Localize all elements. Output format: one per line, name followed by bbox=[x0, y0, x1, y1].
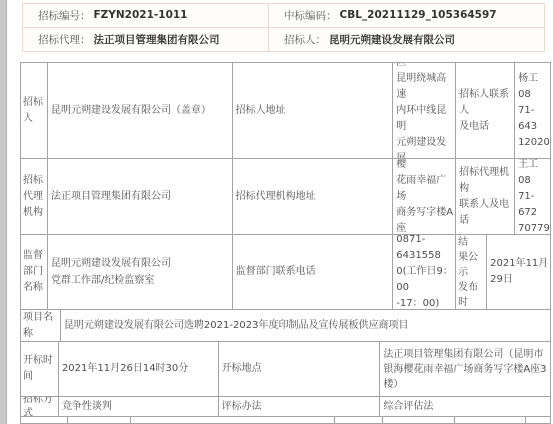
table-row-partial bbox=[21, 417, 551, 424]
agency-summary-value: 法正项目管理集团有限公司 bbox=[94, 32, 220, 47]
tenderee-contact-cell: 杨工08 71-643 12020 bbox=[515, 63, 551, 159]
agency-row-header: 招标 代理 机构 bbox=[21, 159, 48, 235]
project-name-cell: 昆明元朔建设发展有限公司选聘2021-2023年度印制品及宣传展板供应商项目 bbox=[61, 310, 551, 342]
partial-cell bbox=[383, 417, 455, 424]
agency-summary-cell: 招标代理： 法正项目管理集团有限公司 bbox=[23, 28, 268, 52]
supervision-row-header: 监督 部门 名称 bbox=[21, 235, 48, 310]
table-row-agency: 招标 代理 机构 法正项目管理集团有限公司 招标代理机构地址 昆明市银海樱 花雨… bbox=[21, 159, 551, 235]
table-row-supervision: 监督 部门 名称 昆明元朔建设发展有限公司 党群工作部/纪检监察室 监督部门联系… bbox=[21, 235, 551, 310]
agency-summary-label: 招标代理： bbox=[38, 32, 91, 47]
tenderee-address-cell: 昆明市西山区 昆明绕城高速 内环中线昆明 元朔建设发展 有限公司 bbox=[393, 63, 456, 159]
win-code-value: CBL_20211129_105364597 bbox=[340, 9, 497, 21]
tender-number-label: 招标编号： bbox=[38, 8, 91, 23]
tenderee-summary-value: 昆明元朔建设发展有限公司 bbox=[329, 32, 455, 47]
result-publish-date-cell: 2021年11月 29日 bbox=[487, 235, 551, 310]
page-left-edge bbox=[0, 0, 7, 424]
tender-detail-table: 招标 人 昆明元朔建设发展有限公司（盖章） 招标人地址 昆明市西山区 昆明绕城高… bbox=[20, 62, 551, 424]
supervision-phone-cell: 0871-6431558 0(工作日9：00 -17：00) bbox=[393, 235, 456, 310]
result-publish-label: 评标结 果公示 发布时 间 bbox=[456, 235, 487, 310]
table-row-method: 招标方式 竞争性谈判 评标办法 综合评估法 bbox=[21, 397, 551, 417]
table-row-tenderee: 招标 人 昆明元朔建设发展有限公司（盖章） 招标人地址 昆明市西山区 昆明绕城高… bbox=[21, 63, 551, 159]
partial-cell bbox=[526, 417, 551, 424]
opening-time-cell: 2021年11月26日14时30分 bbox=[59, 342, 219, 397]
tenderee-summary-cell: 招标人： 昆明元朔建设发展有限公司 bbox=[268, 28, 544, 52]
method-row-header: 招标方式 bbox=[21, 397, 59, 417]
project-row-header: 项目名称 bbox=[21, 310, 61, 342]
partial-cell bbox=[131, 417, 336, 424]
eval-method-label: 评标办法 bbox=[219, 397, 381, 417]
tender-number-cell: 招标编号： FZYN2021-1011 bbox=[23, 4, 268, 28]
table-row-project: 项目名称 昆明元朔建设发展有限公司选聘2021-2023年度印制品及宣传展板供应… bbox=[21, 310, 551, 342]
partial-cell bbox=[21, 417, 68, 424]
method-cell: 竞争性谈判 bbox=[59, 397, 219, 417]
agency-contact-label: 招标代理机构 联系人及电话 bbox=[456, 159, 515, 235]
opening-place-label: 开标地点 bbox=[219, 342, 381, 397]
agency-address-cell: 昆明市银海樱 花雨幸福广场 商务写字楼A座 3楼 bbox=[393, 159, 456, 235]
table-row-opening: 开标时间 2021年11月26日14时30分 开标地点 法正项目管理集团有限公司… bbox=[21, 342, 551, 397]
opening-time-header: 开标时间 bbox=[21, 342, 59, 397]
partial-cell bbox=[335, 417, 383, 424]
agency-contact-cell: 王工08 71-672 70779 bbox=[515, 159, 551, 235]
tenderee-row-header: 招标 人 bbox=[21, 63, 48, 159]
opening-place-cell: 法正项目管理集团有限公司（昆明市 银海樱花雨幸福广场商务写字楼A座3 楼） bbox=[380, 342, 551, 397]
tenderee-summary-label: 招标人： bbox=[284, 32, 326, 47]
eval-method-cell: 综合评估法 bbox=[380, 397, 551, 417]
win-code-cell: 中标编码： CBL_20211129_105364597 bbox=[268, 4, 544, 28]
supervision-name-cell: 昆明元朔建设发展有限公司 党群工作部/纪检监察室 bbox=[48, 235, 233, 310]
supervision-phone-label: 监督部门联系电话 bbox=[233, 235, 394, 310]
tenderee-contact-label: 招标人联系人 及电话 bbox=[456, 63, 515, 159]
partial-cell bbox=[68, 417, 131, 424]
agency-name-cell: 法正项目管理集团有限公司 bbox=[48, 159, 233, 235]
agency-address-label: 招标代理机构地址 bbox=[233, 159, 394, 235]
tender-number-value: FZYN2021-1011 bbox=[94, 9, 188, 21]
win-code-label: 中标编码： bbox=[284, 8, 337, 23]
partial-cell bbox=[455, 417, 526, 424]
tenderee-address-label: 招标人地址 bbox=[233, 63, 394, 159]
tenderee-name-cell: 昆明元朔建设发展有限公司（盖章） bbox=[48, 63, 233, 159]
tender-summary-box: 招标编号： FZYN2021-1011 中标编码： CBL_20211129_1… bbox=[22, 3, 545, 52]
